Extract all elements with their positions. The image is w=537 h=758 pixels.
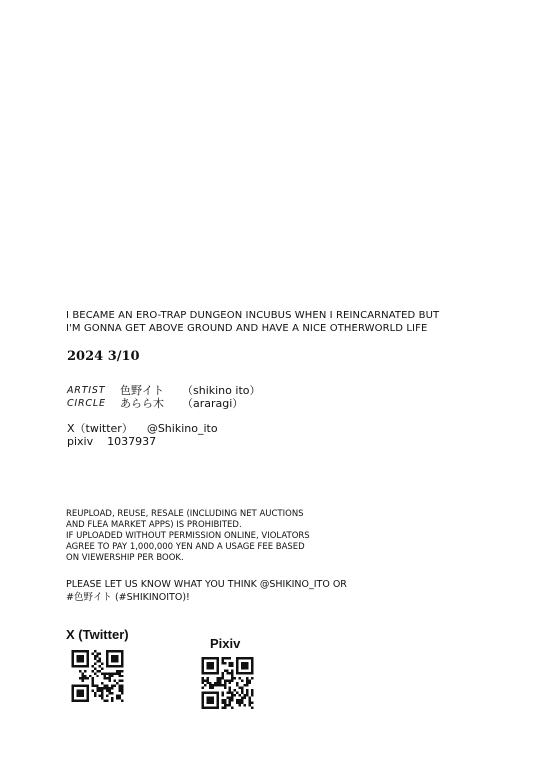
feedback-message: Please let us know what you think @Shiki…	[66, 578, 347, 604]
book-title: I became an ero-trap dungeon incubus whe…	[66, 309, 439, 335]
credit-name-japanese: あらら木	[120, 397, 182, 410]
notice-line: Reupload, reuse, resale (including net a…	[66, 509, 310, 520]
credit-row-circle: Circle あらら木 （araragi）	[67, 397, 260, 410]
social-platform: pixiv	[67, 435, 93, 448]
social-links: X（twitter）@Shikino_ito pixiv1037937	[67, 422, 218, 448]
credit-row-artist: Artist 色野イト （shikino ito）	[67, 384, 260, 397]
credits: Artist 色野イト （shikino ito） Circle あらら木 （a…	[67, 384, 260, 410]
notice-line: If uploaded without permission online, v…	[66, 531, 310, 542]
notice-line: agree to pay 1,000,000 yen and a usage f…	[66, 542, 310, 553]
notice-line: on viewership per book.	[66, 553, 310, 564]
qr-code-icon[interactable]	[71, 650, 124, 702]
credit-label: Artist	[67, 384, 120, 397]
social-platform: X（twitter）	[67, 422, 133, 435]
publication-date: 2024 3/10	[67, 349, 140, 364]
credit-label: Circle	[67, 397, 120, 410]
qr-label-pixiv: Pixiv	[210, 636, 240, 651]
credit-name-romaji: （shikino ito）	[182, 384, 260, 397]
book-title-line: I became an ero-trap dungeon incubus whe…	[66, 309, 439, 322]
qr-code-icon[interactable]	[201, 657, 254, 709]
social-handle: @Shikino_ito	[147, 422, 218, 435]
feedback-line: Please let us know what you think @Shiki…	[66, 578, 347, 591]
copyright-notice: Reupload, reuse, resale (including net a…	[66, 509, 310, 564]
feedback-line: #色野イト (#Shikinoito)!	[66, 591, 347, 604]
credit-name-romaji: （araragi）	[182, 397, 243, 410]
qr-label-twitter: X (Twitter)	[66, 627, 129, 642]
social-row-pixiv: pixiv1037937	[67, 435, 218, 448]
credit-name-japanese: 色野イト	[120, 384, 182, 397]
social-row-twitter: X（twitter）@Shikino_ito	[67, 422, 218, 435]
notice-line: and flea market apps) is prohibited.	[66, 520, 310, 531]
book-title-line: I'm gonna get above ground and have a ni…	[66, 322, 439, 335]
social-handle: 1037937	[107, 435, 156, 448]
